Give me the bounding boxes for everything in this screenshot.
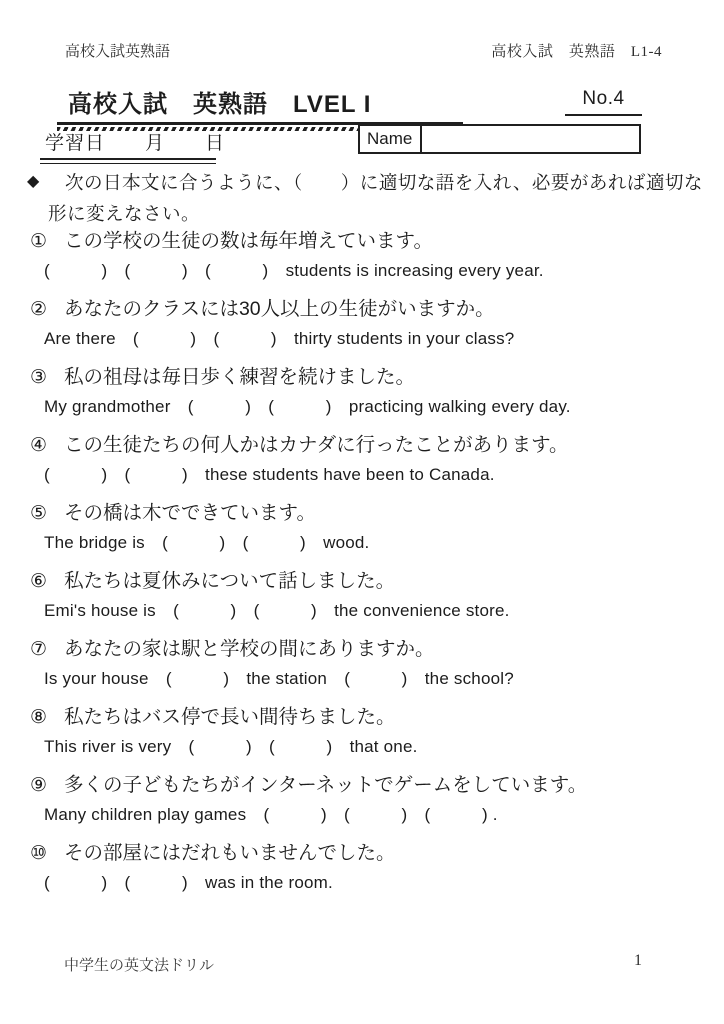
question-english: ( ) ( ) ( ) students is increasing every… [0,258,724,284]
question-number: ① [30,228,47,255]
question-item-7: ⑦あなたの家は駅と学校の間にありますか。 Is your house ( ) t… [0,636,724,692]
footer-series-title: 中学生の英文法ドリル [64,954,214,975]
question-japanese: 私の祖母は毎日歩く練習を続けました。 [64,366,415,388]
diamond-bullet-icon: ◆ [27,171,39,191]
question-number: ④ [30,432,47,459]
name-field-label: Name [360,126,422,152]
study-date-label: 学習日 月 日 [40,128,216,155]
footer-page-number: 1 [634,952,642,970]
instruction-line-2: 形に変えなさい。 [48,200,200,226]
question-english: ( ) ( ) was in the room. [0,870,724,896]
question-japanese: この生徒たちの何人かはカナダに行ったことがあります。 [64,434,568,456]
question-list: ①この学校の生徒の数は毎年増えています。 ( ) ( ) ( ) student… [0,228,724,908]
question-item-3: ③私の祖母は毎日歩く練習を続けました。 My grandmother ( ) (… [0,364,724,420]
question-item-2: ②あなたのクラスには30人以上の生徒がいますか。 Are there ( ) (… [0,296,724,352]
question-number: ⑤ [30,500,47,527]
question-number: ⑨ [30,772,47,799]
question-japanese: 私たちはバス停で長い間待ちました。 [64,706,396,728]
question-japanese: 多くの子どもたちがインターネットでゲームをしています。 [64,774,587,796]
question-item-9: ⑨多くの子どもたちがインターネットでゲームをしています。 Many childr… [0,772,724,828]
question-english: Is your house ( ) the station ( ) the sc… [0,666,724,692]
study-date-block: 学習日 月 日 [40,128,216,164]
question-english: My grandmother ( ) ( ) practicing walkin… [0,394,724,420]
study-date-underline-rule [40,158,216,164]
question-number: ② [30,296,47,323]
question-english: ( ) ( ) these students have been to Cana… [0,462,724,488]
question-english: Many children play games ( ) ( ) ( ) . [0,802,724,828]
question-item-10: ⑩その部屋にはだれもいませんでした。 ( ) ( ) was in the ro… [0,840,724,896]
question-japanese: その橋は木でできています。 [64,502,316,524]
question-item-5: ⑤その橋は木でできています。 The bridge is ( ) ( ) woo… [0,500,724,556]
question-number: ③ [30,364,47,391]
instruction-line-1: 次の日本文に合うように、（ ）に適切な語を入れ、必要があれば適切な [65,169,703,195]
question-item-6: ⑥私たちは夏休みについて話しました。 Emi's house is ( ) ( … [0,568,724,624]
question-japanese: あなたの家は駅と学校の間にありますか。 [64,638,435,660]
question-item-8: ⑧私たちはバス停で長い間待ちました。 This river is very ( … [0,704,724,760]
question-english: This river is very ( ) ( ) that one. [0,734,724,760]
question-japanese: あなたのクラスには30人以上の生徒がいますか。 [64,298,495,320]
question-english: Emi's house is ( ) ( ) the convenience s… [0,598,724,624]
running-header-right: 高校入試 英熟語 L1-4 [491,40,662,61]
question-english: The bridge is ( ) ( ) wood. [0,530,724,556]
question-number: ⑥ [30,568,47,595]
question-japanese: この学校の生徒の数は毎年増えています。 [64,230,433,252]
question-item-4: ④この生徒たちの何人かはカナダに行ったことがあります。 ( ) ( ) thes… [0,432,724,488]
name-input-cell[interactable] [422,126,639,152]
running-header-left: 高校入試英熟語 [65,40,170,61]
question-number: ⑦ [30,636,47,663]
worksheet-page: 高校入試英熟語 高校入試 英熟語 L1-4 高校入試 英熟語 LVEL I No… [0,0,724,1024]
question-english: Are there ( ) ( ) thirty students in you… [0,326,724,352]
question-japanese: 私たちは夏休みについて話しました。 [64,570,395,592]
name-field-box: Name [358,124,641,154]
question-number: ⑧ [30,704,47,731]
sheet-number: No.4 [565,88,642,116]
page-title: 高校入試 英熟語 LVEL I [57,84,463,119]
question-item-1: ①この学校の生徒の数は毎年増えています。 ( ) ( ) ( ) student… [0,228,724,284]
question-number: ⑩ [30,840,47,867]
question-japanese: その部屋にはだれもいませんでした。 [64,842,396,864]
